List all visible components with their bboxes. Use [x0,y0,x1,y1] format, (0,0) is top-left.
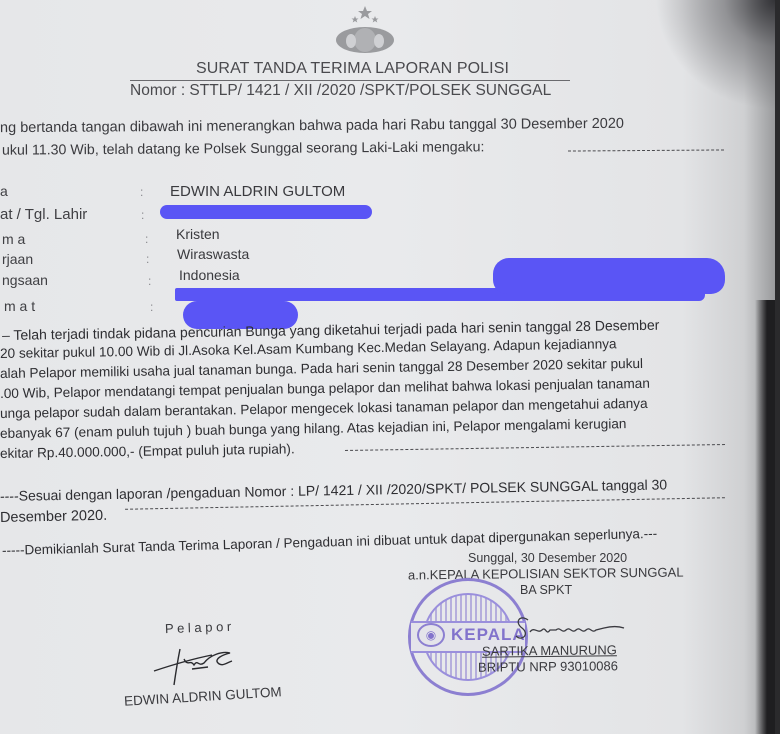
redaction-birth [160,205,372,219]
document-page: SURAT TANDA TERIMA LAPORAN POLISI Nomor … [0,0,775,734]
field-colon: : [141,208,144,222]
field-label-religion: m a [2,231,25,247]
reference-line-2: Desember 2020. [0,508,107,526]
signing-unit: BA SPKT [520,583,572,597]
officer-name: SARTIKA MANURUNG [482,642,617,658]
field-colon: : [150,300,153,314]
field-value-nationality: Indonesia [179,267,240,283]
field-value-name: EDWIN ALDRIN GULTOM [170,183,345,200]
signing-place-date: Sunggal, 30 Desember 2020 [468,551,627,565]
field-label-birth: at / Tgl. Lahir [0,206,87,223]
officer-signature [512,612,632,646]
field-colon: : [145,232,148,246]
reporter-name: EDWIN ALDRIN GULTOM [124,684,282,709]
field-label-name: a [0,183,8,199]
police-emblem-icon: ◉ [417,623,445,647]
reporter-signature [152,645,242,687]
field-label-nationality: ngsaan [2,272,48,288]
reporter-label: P e l a p o r [165,619,232,636]
officer-rank-nrp: BRIPTU NRP 93010086 [478,658,618,674]
intro-dash-line [568,149,724,151]
narrative-line-6: ebanyak 67 (enam puluh tujuh ) buah bung… [0,416,627,441]
redaction-address-block [493,258,725,294]
police-emblem-icon [330,4,400,54]
intro-line-2: ukul 11.30 Wib, telah datang ke Polsek S… [2,139,485,158]
page-shadow [655,0,775,110]
field-colon: : [146,252,149,266]
intro-line-1: ng bertanda tangan dibawah ini menerangk… [0,116,624,136]
field-label-address: m a t [4,298,35,314]
page-edge-shadow [755,300,775,734]
narrative-line-7: ekitar Rp.40.000.000,- (Empat puluh juta… [0,441,295,461]
title-underline [130,80,570,81]
field-value-religion: Kristen [176,226,220,242]
field-colon: : [148,274,151,288]
official-stamp: ◉ KEPALA [408,578,528,696]
field-label-occupation: rjaan [2,251,33,267]
field-value-occupation: Wiraswasta [177,246,249,262]
field-colon: : [140,185,143,199]
document-title: SURAT TANDA TERIMA LAPORAN POLISI [196,60,509,78]
document-number: Nomor : STTLP/ 1421 / XII /2020 /SPKT/PO… [130,82,551,100]
narrative-dash-line [345,444,725,451]
